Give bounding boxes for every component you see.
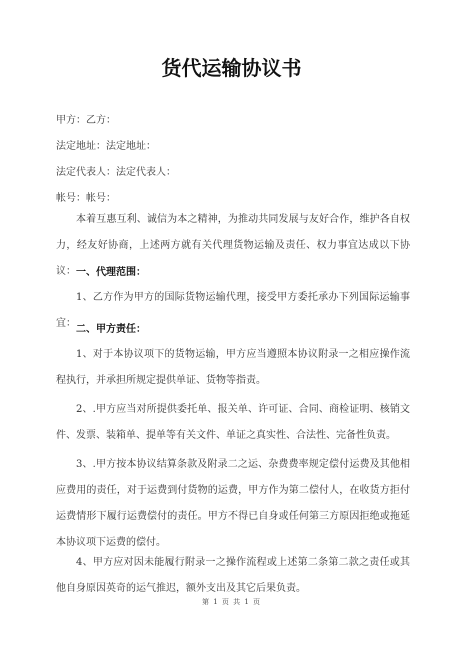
duty-item-1: 1、对于本协议项下的货物运输，甲方应当遵照本协议附录一之相应操作流程执行，并承担… (56, 342, 410, 394)
document-title: 货代运输协议书 (0, 52, 463, 81)
section-heading-party-a-duties: 二、甲方责任： (76, 323, 146, 337)
address-line: 法定地址：法定地址： (56, 140, 156, 154)
page-footer: 第 1 页 共 1 页 (0, 597, 463, 607)
duty-item-2: 2、.甲方应当对所提供委托单、报关单、许可证、合同、商检证明、核销文件、发票、装… (56, 397, 410, 449)
duty-item-3: 3、.甲方按本协议结算条款及附录二之运、杂费费率规定偿付运费及其他相应费用的责任… (56, 452, 410, 556)
document-page: 货代运输协议书 甲方：乙方： 法定地址：法定地址： 法定代表人：法定代表人： 帐… (0, 0, 463, 655)
section-heading-scope: 一、代理范围： (76, 266, 146, 280)
duty-item-4: 4、甲方应对因未能履行附录一之操作流程或上述第二条第二款之责任或其他自身原因英奇… (56, 550, 410, 602)
representative-line: 法定代表人：法定代表人： (56, 166, 176, 180)
account-line: 帐号：帐号： (56, 192, 116, 206)
party-line: 甲方：乙方： (56, 114, 116, 128)
